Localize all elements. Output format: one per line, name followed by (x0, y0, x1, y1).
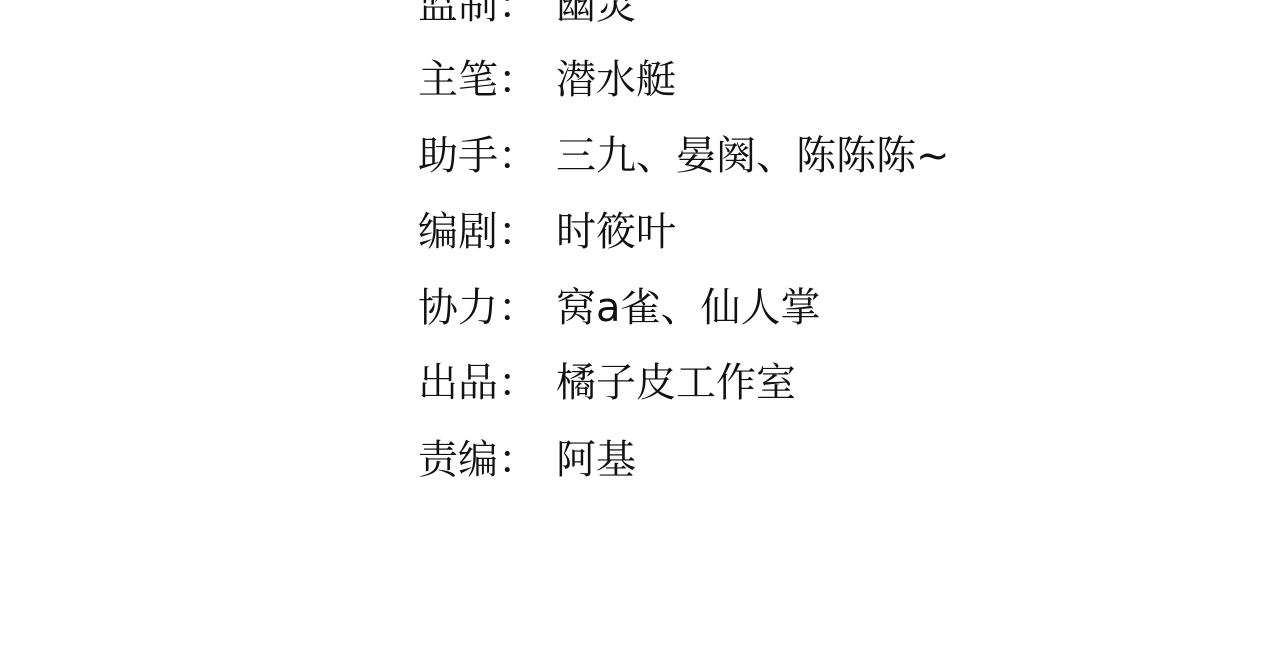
credit-row-producer: 出品： 橘子皮工作室 (418, 358, 796, 408)
credit-value: 橘子皮工作室 (556, 358, 796, 408)
credit-row-lead-artist: 主笔： 潜水艇 (418, 55, 676, 105)
credit-row-collaborators: 协力： 窝a雀、仙人掌 (418, 283, 821, 333)
credit-row-assistants: 助手： 三九、晏阕、陈陈陈~ (418, 131, 950, 181)
credits-page: 监制： 幽灵 主笔： 潜水艇 助手： 三九、晏阕、陈陈陈~ 编剧： 时筱叶 协力… (0, 0, 1280, 666)
credit-value: 阿基 (556, 435, 636, 485)
credit-label: 助手： (418, 131, 556, 181)
credit-label: 协力： (418, 283, 556, 333)
credit-label: 监制： (418, 0, 556, 30)
credit-value: 三九、晏阕、陈陈陈~ (556, 131, 950, 181)
credit-row-editor: 责编： 阿基 (418, 435, 636, 485)
credit-value: 潜水艇 (556, 55, 676, 105)
credit-label: 编剧： (418, 207, 556, 257)
credit-row-screenwriter: 编剧： 时筱叶 (418, 207, 676, 257)
credit-value: 幽灵 (556, 0, 636, 30)
credit-row-supervisor: 监制： 幽灵 (418, 0, 636, 30)
credit-label: 出品： (418, 358, 556, 408)
credit-label: 主笔： (418, 55, 556, 105)
credit-value: 窝a雀、仙人掌 (556, 283, 821, 333)
credit-label: 责编： (418, 435, 556, 485)
credit-value: 时筱叶 (556, 207, 676, 257)
